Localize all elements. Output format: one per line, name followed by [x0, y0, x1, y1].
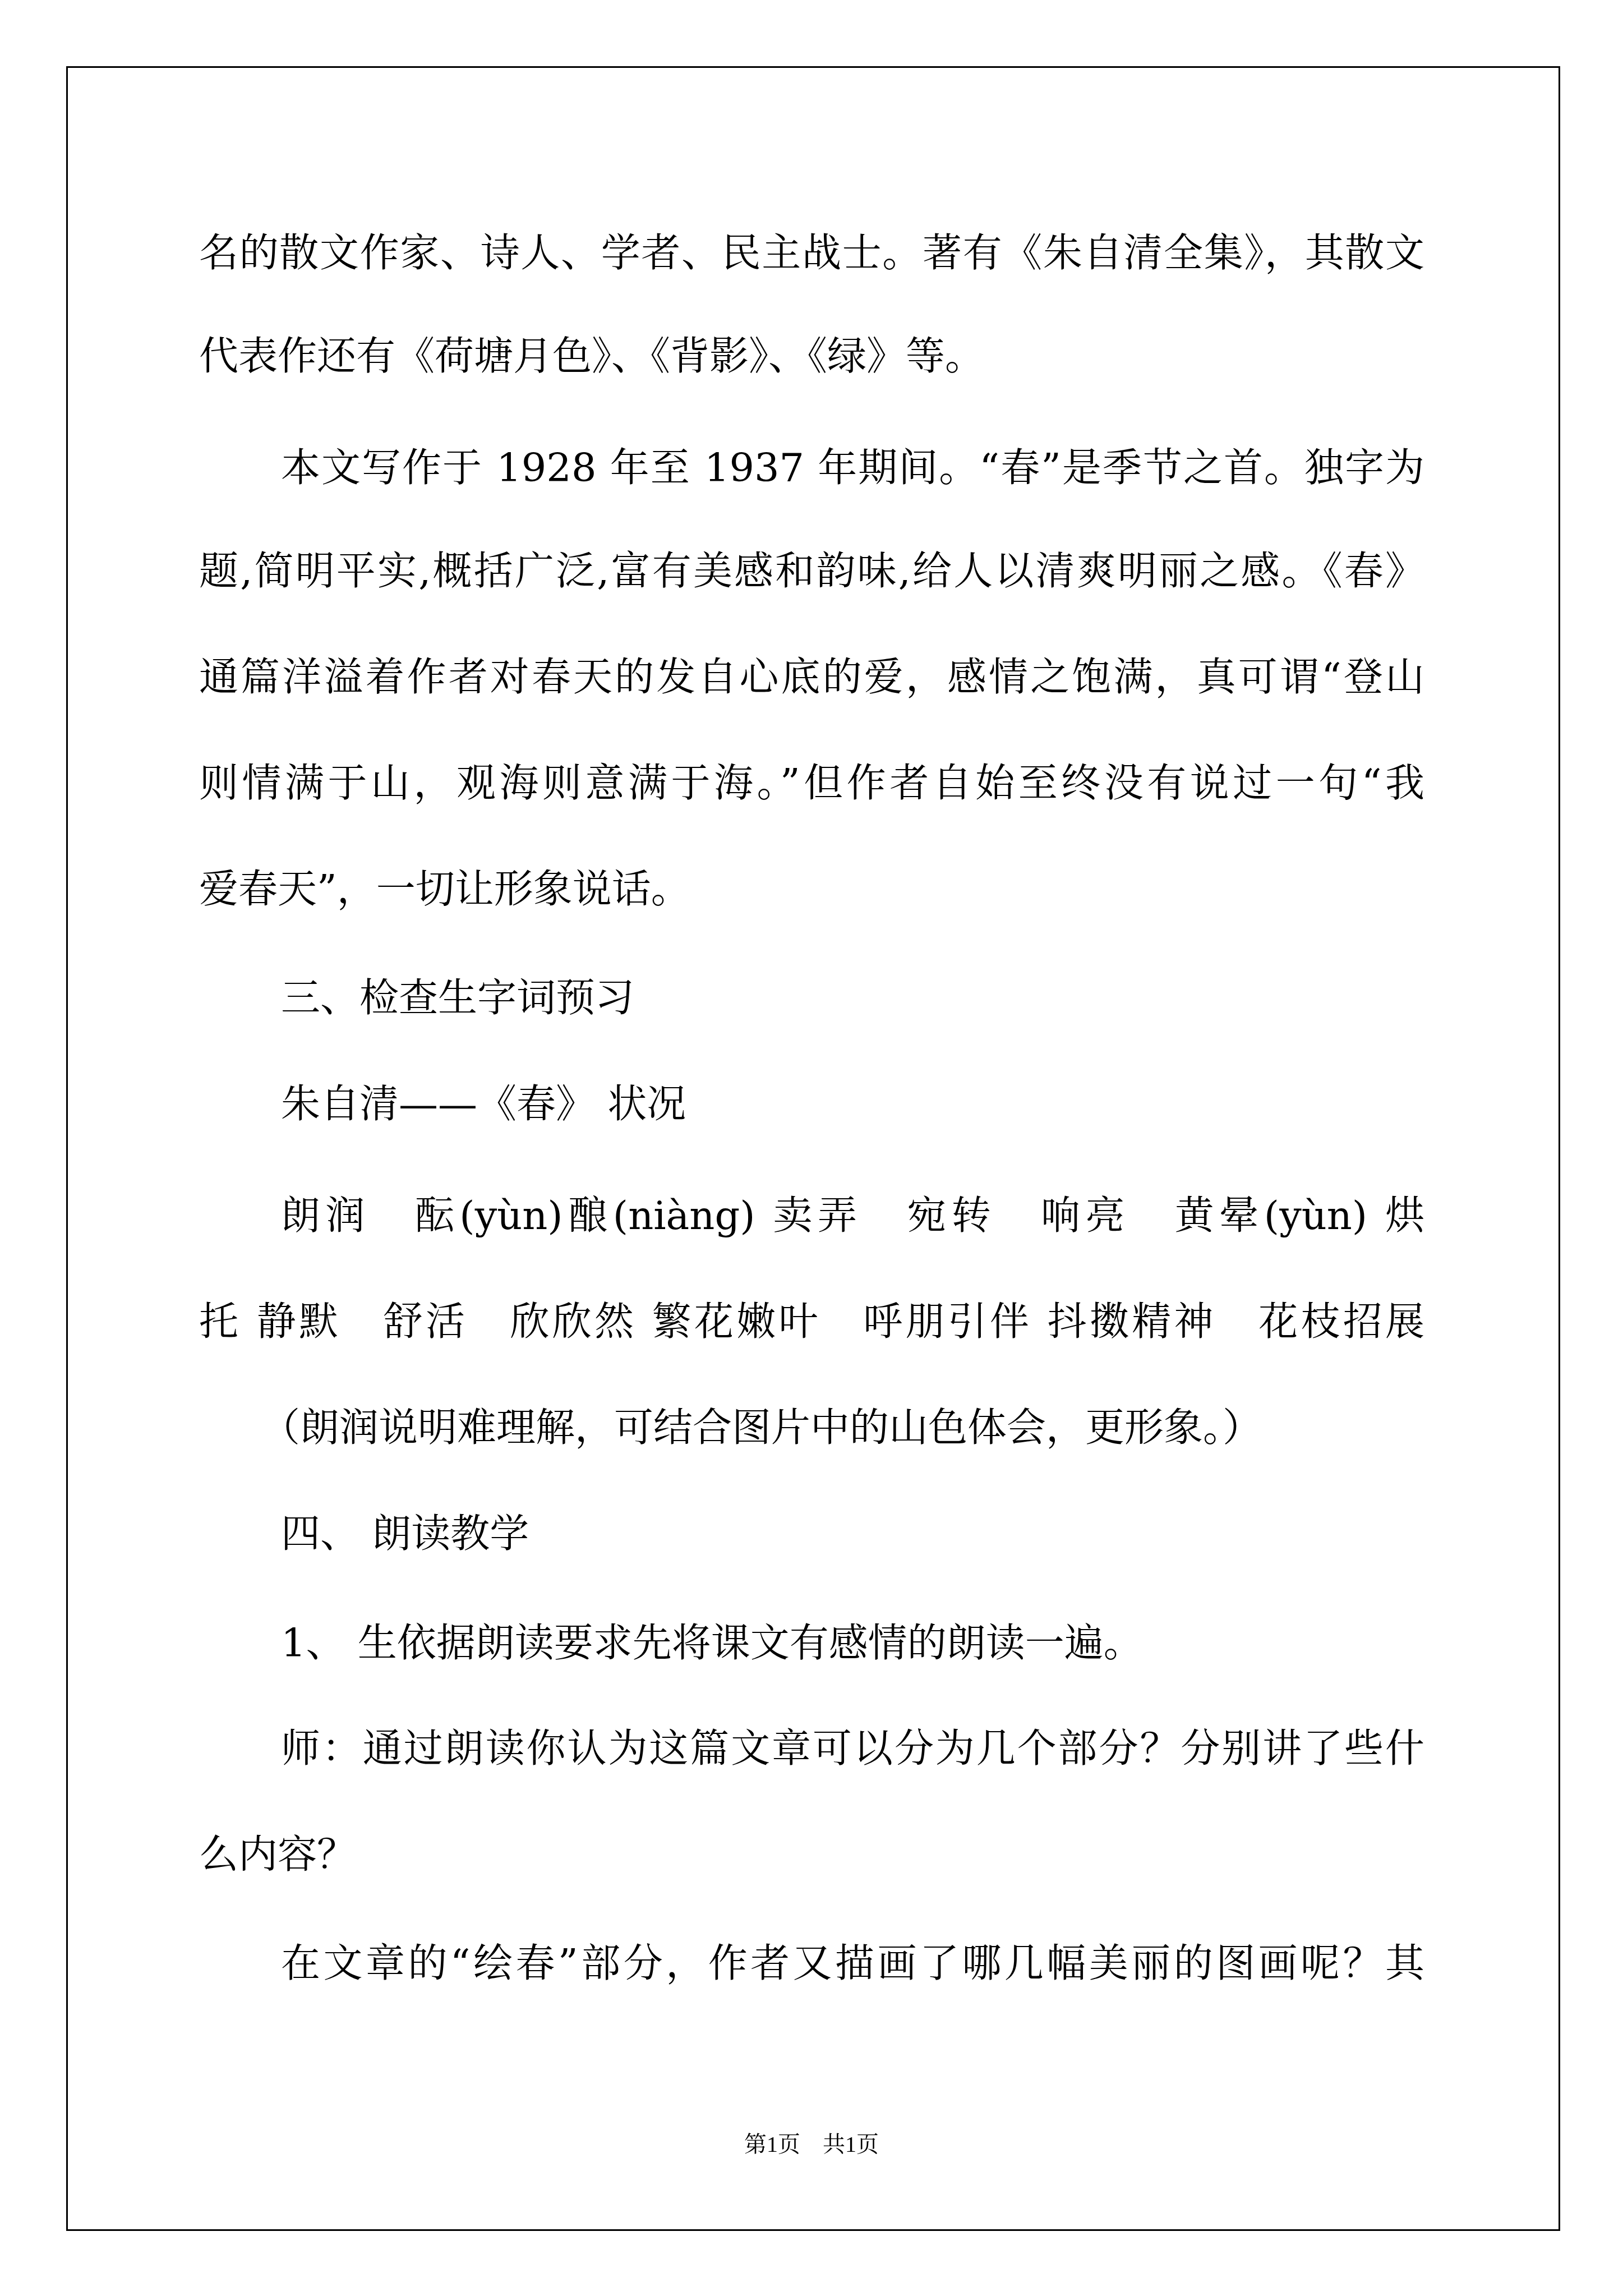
- section-heading: 三、检查生字词预习: [281, 976, 1424, 1020]
- section-heading: 四、 朗读教学: [281, 1511, 1424, 1556]
- note-line: （朗润说明难理解，可结合图片中的山色体会，更形象。）: [261, 1405, 1424, 1450]
- text-line: 在文章的“绘春”部分，作者又描画了哪几幅美丽的图画呢？其: [281, 1941, 1424, 1986]
- text-line: 么内容？: [199, 1832, 1424, 1877]
- text-line: 爱春天”，一切让形象说话。: [199, 867, 1424, 912]
- text-line: 题,简明平实,概括广泛,富有美感和韵味,给人以清爽明丽之感。《春》: [199, 549, 1424, 593]
- text-line: 通篇洋溢着作者对春天的发自心底的爱，感情之饱满，真可谓“登山: [199, 655, 1424, 700]
- text-line: 本文写作于 1928 年至 1937 年期间。“春”是季节之首。独字为: [281, 445, 1424, 490]
- vocabulary-line: 朗润 酝(yùn)酿(niàng) 卖弄 宛转 响亮 黄晕(yùn) 烘: [281, 1193, 1424, 1238]
- text-line: 则情满于山，观海则意满于海。”但作者自始至终没有说过一句“我: [199, 761, 1424, 806]
- list-item: 1、 生依据朗读要求先将课文有感情的朗读一遍。: [281, 1621, 1424, 1665]
- page-footer: 第1页 共1页: [0, 2132, 1623, 2157]
- text-line: 名的散文作家、诗人、学者、民主战士。著有《朱自清全集》，其散文: [199, 231, 1424, 275]
- text-line: 代表作还有《荷塘月色》、《背影》、《绿》等。: [199, 334, 1424, 379]
- text-line: 朱自清——《春》 状况: [281, 1082, 1424, 1126]
- text-line: 师：通过朗读你认为这篇文章可以分为几个部分？分别讲了些什: [281, 1726, 1424, 1771]
- page-border: [66, 66, 1560, 2231]
- vocabulary-line: 托 静默 舒活 欣欣然 繁花嫩叶 呼朋引伴 抖擞精神 花枝招展: [199, 1299, 1424, 1344]
